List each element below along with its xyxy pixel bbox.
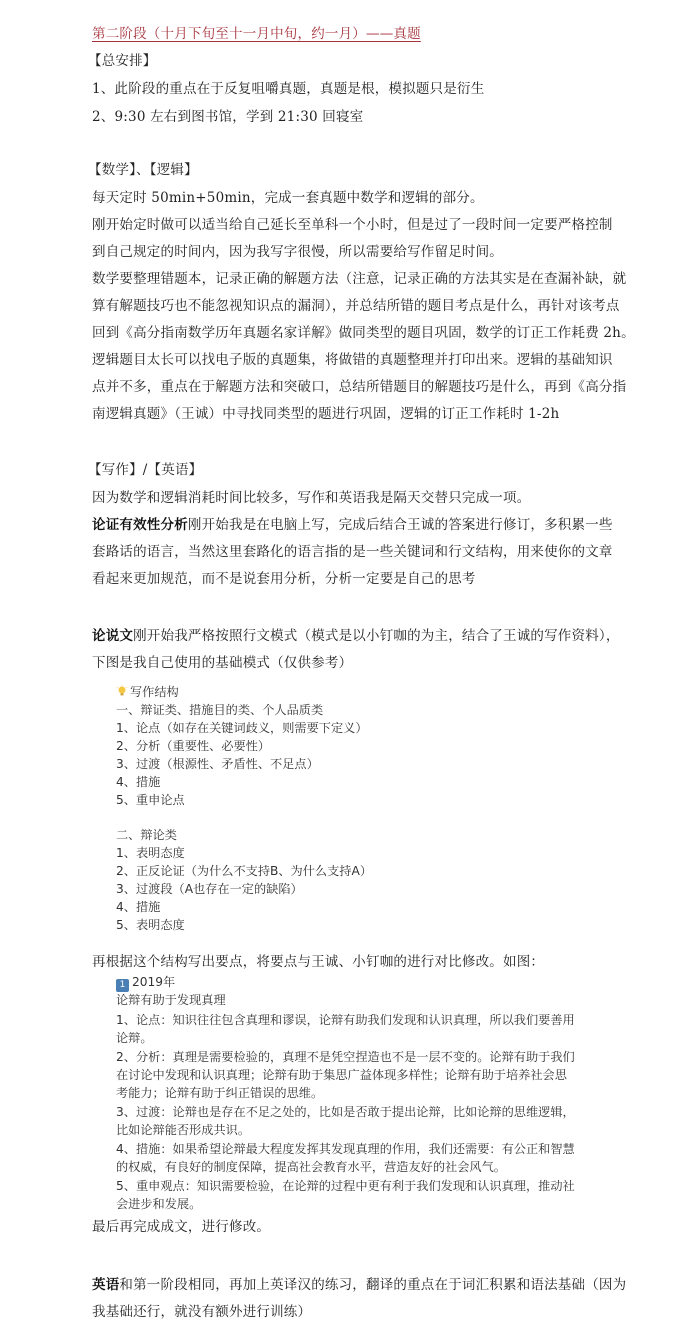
example-year: 2019年 <box>132 975 175 989</box>
example-line: 会进步和发展。 <box>116 1196 201 1212</box>
example-line: 3、过渡：论辩也是存在不足之处的，比如是否敢于提出论辩，比如论辩的思维逻辑， <box>116 1104 575 1120</box>
example-line: 4、措施：如果希望论辩最大程度发挥其发现真理的作用，我们还需要：有公正和智慧 <box>116 1141 575 1157</box>
group2-item: 1、表明态度 <box>116 845 185 861</box>
writing-english-intro: 因为数学和逻辑消耗时间比较多，写作和英语我是隔天交替只完成一项。 <box>92 489 530 507</box>
math-logic-line: 南逻辑真题》（王诚）中寻找同类型的题进行巩固，逻辑的订正工作耗时 1-2h <box>92 405 559 423</box>
argument-analysis-line: 论证有效性分析刚开始我是在电脑上写，完成后结合王诚的答案进行修订，多积累一些 <box>92 516 613 534</box>
argument-analysis-line: 套路话的语言，当然这里套路化的语言指的是一些关键词和行文结构，用来使你的文章 <box>92 543 613 561</box>
example-line: 5、重申观点：知识需要检验，在论辩的过程中更有利于我们发现和认识真理，推动社 <box>116 1178 575 1194</box>
essay-line: 论说文刚开始我严格按照行文模式（模式是以小钉咖的为主，结合了王诚的写作资料）， <box>92 627 620 645</box>
overview-heading: 【总安排】 <box>88 52 157 70</box>
example-line: 2、分析：真理是需要检验的，真理不是凭空捏造也不是一层不变的。论辩有助于我们 <box>116 1049 575 1065</box>
example-line: 论辩。 <box>116 1030 153 1046</box>
lightbulb-icon <box>116 685 128 697</box>
group1-item: 3、过渡（根源性、矛盾性、不足点） <box>116 756 319 772</box>
group2-item: 2、正反论证（为什么不支持B、为什么支持A） <box>116 863 372 879</box>
stage-title: 第二阶段（十月下旬至十一月中旬，约一月）——真题 <box>92 25 421 43</box>
group2-item: 4、措施 <box>116 899 160 915</box>
argument-analysis-line: 看起来更加规范，而不是说套用分析，分析一定要是自己的思考 <box>92 570 476 588</box>
math-logic-line: 每天定时 50min+50min，完成一套真题中数学和逻辑的部分。 <box>92 189 484 207</box>
group2-item: 5、表明态度 <box>116 917 185 933</box>
group1-item: 4、措施 <box>116 774 160 790</box>
math-logic-line: 刚开始定时做可以适当给自己延长至单科一个小时，但是过了一段时间一定要严格控制 <box>92 216 613 234</box>
english-line: 英语和第一阶段相同，再加上英译汉的练习，翻译的重点在于词汇积累和语法基础（因为 <box>92 1276 626 1294</box>
compare-text: 再根据这个结构写出要点，将要点与王诚、小钉咖的进行对比修改。如图： <box>92 953 544 971</box>
group2-title: 二、辩论类 <box>116 827 177 843</box>
math-logic-heading: 【数学】、【逻辑】 <box>88 161 198 179</box>
example-year-row: 12019年 <box>116 974 175 992</box>
math-logic-line: 点并不多，重点在于解题方法和突破口，总结所错题目的解题技巧是什么，再到《高分指 <box>92 378 626 396</box>
structure-title: 写作结构 <box>130 685 179 699</box>
example-line: 在讨论中发现和认识真理；论辩有助于集思广益体现多样性；论辩有助于培养社会思 <box>116 1067 567 1083</box>
math-logic-line: 回到《高分指南数学历年真题名家详解》做同类型的题目巩固，数学的订正工作耗费 2h… <box>92 324 635 342</box>
essay-label: 论说文 <box>92 628 133 644</box>
example-topic: 论辩有助于发现真理 <box>116 992 226 1008</box>
writing-english-heading: 【写作】/【英语】 <box>88 461 202 479</box>
example-line: 的权威，有良好的制度保障，提高社会教育水平，营造友好的社会风气。 <box>116 1159 506 1175</box>
example-line: 考能力；论辩有助于纠正错误的思维。 <box>116 1085 323 1101</box>
group1-item: 5、重申论点 <box>116 792 185 808</box>
group1-title: 一、辩证类、措施目的类、个人品质类 <box>116 702 323 718</box>
final-text: 最后再完成成文，进行修改。 <box>92 1218 270 1236</box>
example-line: 1、论点：知识往往包含真理和谬误，论辩有助我们发现和认识真理，所以我们要善用 <box>116 1012 575 1028</box>
argument-analysis-label: 论证有效性分析 <box>92 517 188 533</box>
english-label: 英语 <box>92 1277 119 1293</box>
number-one-badge-icon: 1 <box>116 979 129 992</box>
overview-item: 1、此阶段的重点在于反复咀嚼真题，真题是根，模拟题只是衍生 <box>92 80 484 98</box>
math-logic-line: 到自己规定的时间内，因为我写字很慢，所以需要给写作留足时间。 <box>92 243 503 261</box>
group1-item: 2、分析（重要性、必要性） <box>116 738 270 754</box>
math-logic-line: 数学要整理错题本，记录正确的解题方法（注意，记录正确的方法其实是在查漏补缺，就 <box>92 270 626 288</box>
english-line: 我基础还行，就没有额外进行训练） <box>92 1303 311 1321</box>
essay-line: 下图是我自己使用的基础模式（仅供参考） <box>92 654 352 672</box>
math-logic-line: 算有解题技巧也不能忽视知识点的漏洞），并总结所错的题目考点是什么，再针对该考点 <box>92 297 620 315</box>
structure-title-row: 写作结构 <box>116 684 179 700</box>
group1-item: 1、论点（如存在关键词歧义，则需要下定义） <box>116 720 368 736</box>
math-logic-line: 逻辑题目太长可以找电子版的真题集，将做错的真题整理并打印出来。逻辑的基础知识 <box>92 351 613 369</box>
example-line: 比如论辩能否形成共识。 <box>116 1122 250 1138</box>
overview-item: 2、9:30 左右到图书馆，学到 21:30 回寝室 <box>92 108 363 126</box>
group2-item: 3、过渡段（A也存在一定的缺陷） <box>116 881 303 897</box>
